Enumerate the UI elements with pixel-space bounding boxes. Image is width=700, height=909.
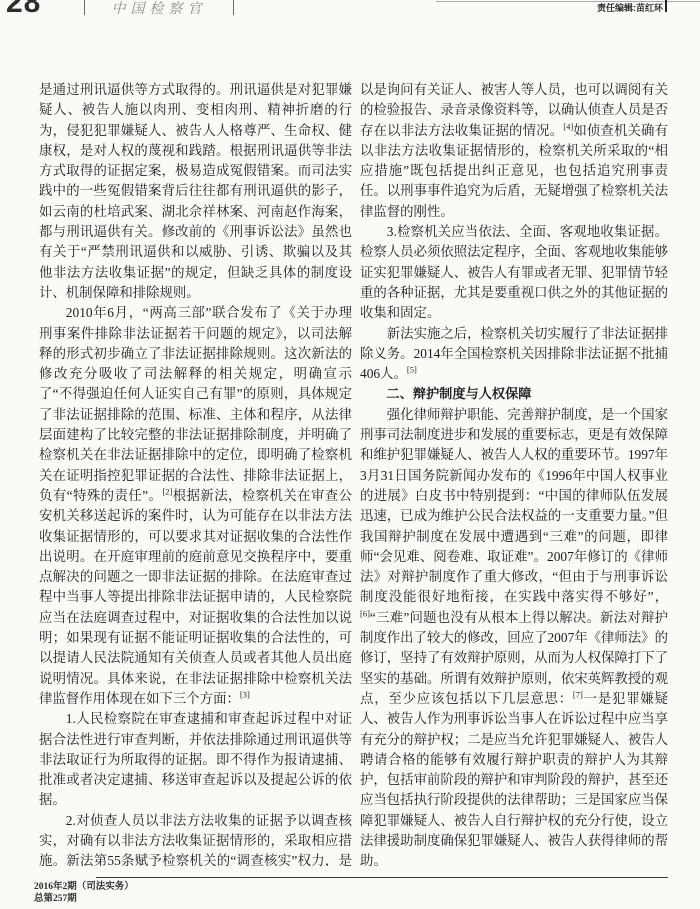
right-column: 以是询问有关证人、被害人等人员，也可以调阅有关的检验报告、录音录像资料等，以确认… bbox=[360, 80, 668, 866]
paragraph: 是通过刑讯逼供等方式取得的。刑讯逼供是对犯罪嫌疑人、被告人施以肉刑、变相肉刑、精… bbox=[39, 80, 352, 303]
editor-credit: 责任编辑:苗红环 bbox=[597, 1, 663, 14]
paragraph: 2010年6月，“两高三部”联合发布了《关于办理刑事案件排除非法证据若干问题的规… bbox=[39, 303, 352, 709]
journal-logo: 中国检察官 bbox=[84, 0, 234, 15]
footer-volume: 总第257期 bbox=[34, 894, 134, 906]
paragraph: 强化律师辩护职能、完善辩护制度，是一个国家刑事司法制度进步和发展的重要标志，更是… bbox=[360, 405, 668, 866]
journal-page: { "colors": { "background": "#fbfaf7", "… bbox=[0, 0, 700, 909]
paragraph: 2.对侦查人员以非法方法收集的证据予以调查核实，对确有以非法方法收集证据情形的，… bbox=[39, 811, 352, 866]
editor-divider-bar bbox=[665, 0, 667, 12]
paragraph: 1.人民检察院在审查逮捕和审查起诉过程中对证据合法性进行审查判断，并依法排除通过… bbox=[39, 709, 352, 810]
journal-title: 中国检察官 bbox=[112, 0, 207, 15]
paragraph: 新法实施之后，检察机关切实履行了非法证据排除义务。2014年全国检察机关因排除非… bbox=[360, 324, 668, 385]
footer: 2016年2期（司法实务） 总第257期 bbox=[34, 882, 134, 905]
footer-rule bbox=[96, 877, 668, 878]
paragraph: 3.检察机关应当依法、全面、客观地收集证据。检察人员必须依照法定程序，全面、客观… bbox=[360, 222, 668, 323]
section-heading: 二、辩护制度与人权保障 bbox=[360, 384, 668, 404]
footer-issue: 2016年2期（司法实务） bbox=[34, 882, 134, 894]
paragraph: 以是询问有关证人、被害人等人员，也可以调阅有关的检验报告、录音录像资料等，以确认… bbox=[360, 80, 668, 222]
left-column: 是通过刑讯逼供等方式取得的。刑讯逼供是对犯罪嫌疑人、被告人施以肉刑、变相肉刑、精… bbox=[39, 80, 352, 866]
page-number: 28 bbox=[6, 0, 41, 20]
